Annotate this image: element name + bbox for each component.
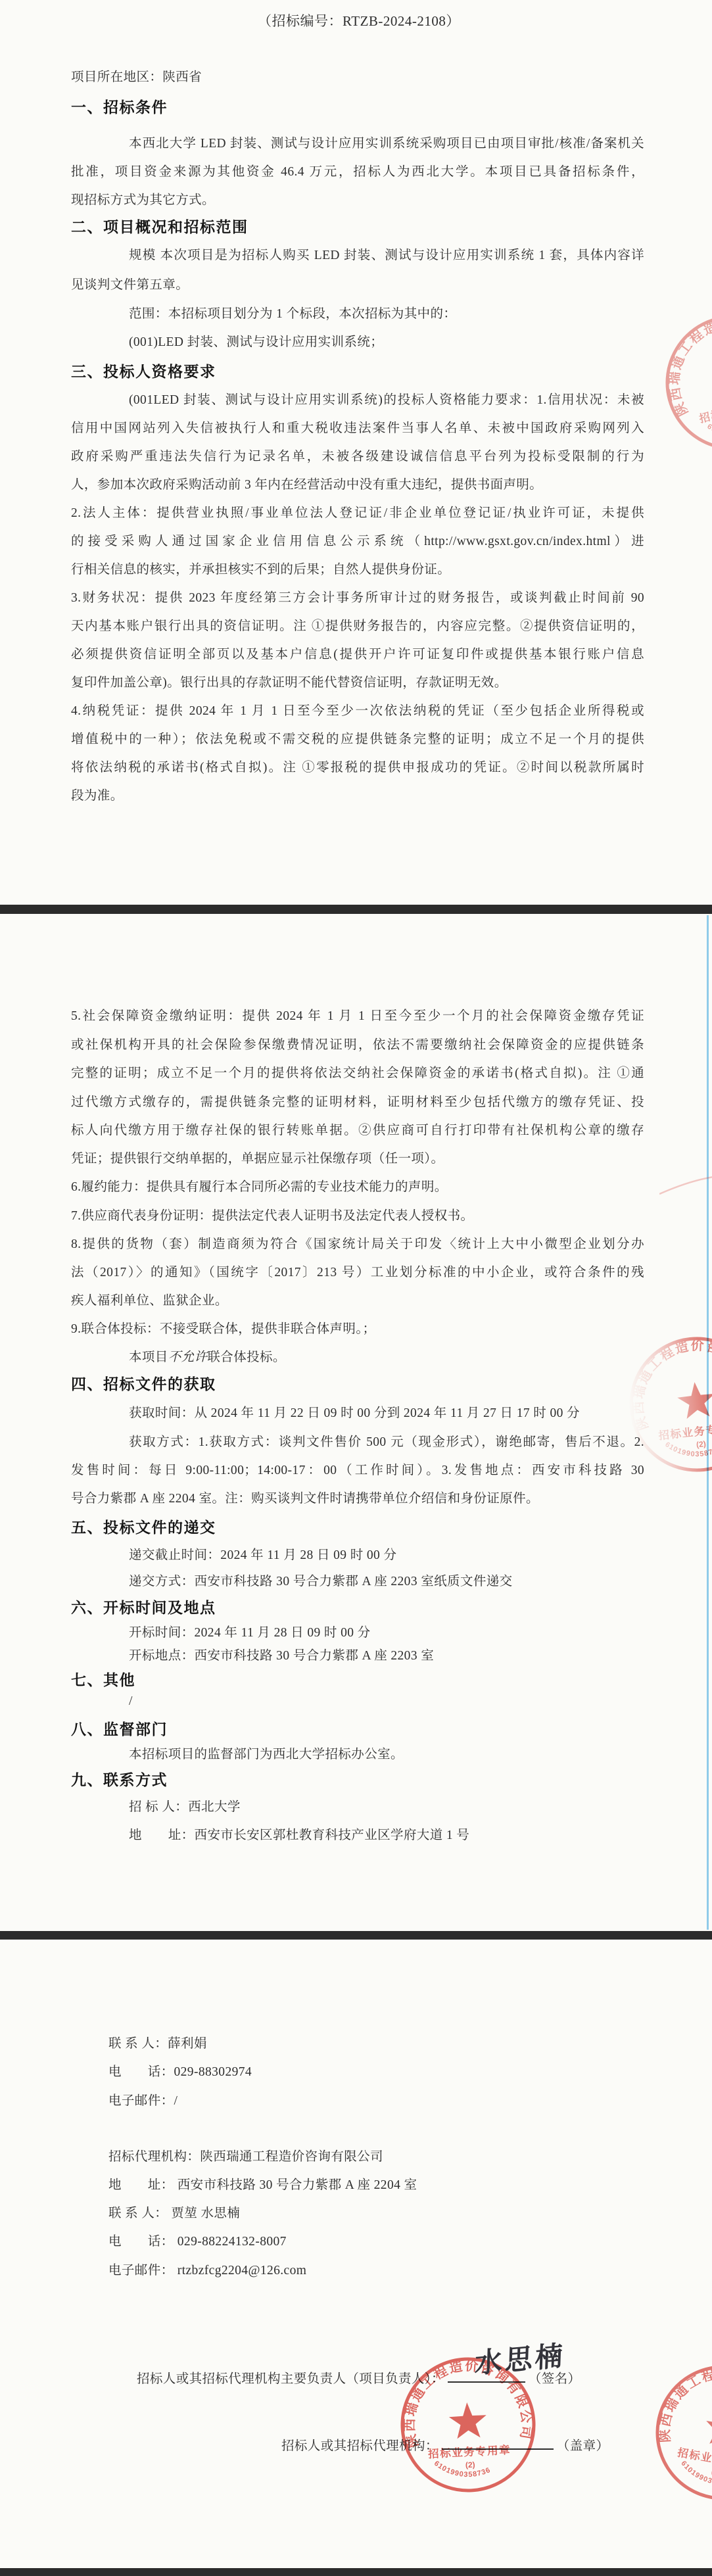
- company-seal-partial-bottom: 陕西瑞通工程造价咨询有限公司 招标业务专用章 (2) 6101990358736: [640, 2349, 712, 2517]
- text-line: 4.纳税凭证：提供 2024 年 1 月 1 日至今至少一次依法纳税的凭证（至少…: [71, 702, 644, 721]
- company-seal-partial-middle: 陕西瑞通工程造价咨询有限公司 招标业务专用章 (2) 6101990358736: [617, 1325, 712, 1484]
- text-line: 招标代理机构：陕西瑞通工程造价咨询有限公司: [108, 2148, 383, 2166]
- faint-stamp-arc: [659, 1176, 712, 1197]
- section-heading: 一、招标条件: [71, 97, 168, 117]
- text-line: 开标时间：2024 年 11 月 28 日 09 时 00 分: [129, 1624, 371, 1642]
- section-heading: 七、其他: [71, 1670, 135, 1690]
- text-line: 复印件加盖公章)。银行出具的存款证明不能代替资信证明，存款证明无效。: [71, 674, 508, 692]
- page-separator: [0, 2568, 712, 2576]
- text-line: 增值税中的一种）；依法免税或不需交税的应提供链条完整的证明；成立不足一个月的提供: [71, 730, 644, 749]
- text-line: 招 标 人：西北大学: [129, 1798, 241, 1817]
- section-heading: 九、联系方式: [71, 1770, 168, 1790]
- text-line: 本项目不允许联合体投标。: [129, 1348, 286, 1367]
- text-line: 2.法人主体：提供营业执照/事业单位法人登记证/非企业单位登记证/执业许可证，未…: [71, 504, 644, 523]
- svg-text:(2): (2): [696, 1439, 706, 1449]
- text-line: 号合力紫郡 A 座 2204 室。注：购买谈判文件时请携带单位介绍信和身份证原件…: [71, 1490, 539, 1508]
- section-heading: 三、投标人资格要求: [71, 362, 216, 381]
- text-line: 电 话：029-88302974: [108, 2063, 252, 2082]
- svg-text:6101990358736: 6101990358736: [432, 2456, 492, 2480]
- text-line: (001)LED 封装、测试与设计应用实训系统；: [129, 333, 383, 352]
- text-line: 本招标项目的监督部门为西北大学招标办公室。: [129, 1746, 404, 1764]
- text-line: 疾人福利单位、监狱企业。: [71, 1292, 228, 1310]
- text-line: 地 址： 西安市科技路 30 号合力紫郡 A 座 2204 室: [108, 2176, 417, 2195]
- text-line: 6.履约能力：提供具有履行本合同所必需的专业技术能力的声明。: [71, 1178, 448, 1197]
- text-line: 批准，项目资金来源为其他资金 46.4 万元，招标人为西北大学。本项目已具备招标…: [71, 163, 644, 181]
- text-line: 5.社会保障资金缴纳证明：提供 2024 年 1 月 1 日至今至少一个月的社会…: [71, 1007, 644, 1026]
- text-line: 必须提供资信证明全部页以及基本户信息(提供开户许可证复印件或提供基本银行账户信息: [71, 646, 644, 664]
- text-line: 法（2017）〉的通知》（国统字〔2017〕213 号）工业划分标准的中小企业，…: [71, 1264, 644, 1282]
- text-line: 天内基本账户银行出具的资信证明。注 ①提供财务报告的，内容应完整。②提供资信证明…: [71, 617, 644, 636]
- company-seal-partial-top: 陕西瑞通工程造价咨询有限公司 招标业务专用章 (2) 6101990358736: [646, 295, 712, 471]
- text-line: 8.提供的货物（套）制造商须为符合《国家统计局关于印发〈统计上大中小微型企业划分…: [71, 1235, 644, 1254]
- text-line: 9.联合体投标：不接受联合体，提供非联合体声明。；: [71, 1320, 375, 1339]
- text-line: 或社保机构开具的社会保险参保缴费情况证明，依法不需要缴纳社会保障资金的应提供链条: [71, 1036, 644, 1055]
- svg-text:招标业务专用章: 招标业务专用章: [427, 2443, 511, 2461]
- text-line: 项目所在地区：陕西省: [71, 68, 202, 87]
- svg-text:(2): (2): [465, 2460, 475, 2470]
- text-line: 递交方式：西安市科技路 30 号合力紫郡 A 座 2203 室纸质文件递交: [129, 1573, 513, 1591]
- text-line: 信用中国网站列入失信被执行人和重大税收违法案件当事人名单、未被中国政府采购网列入: [71, 419, 644, 438]
- text-line: 范围：本招标项目划分为 1 个标段，本次招标为其中的：: [129, 305, 456, 323]
- text-line: /: [129, 1692, 133, 1711]
- text-line: 联 系 人：薛利娟: [108, 2035, 207, 2053]
- text-line: 将依法纳税的承诺书(格式自拟)。注 ①零报税的提供申报成功的凭证。②时间以税款所…: [71, 759, 644, 777]
- section-heading: 五、投标文件的递交: [71, 1517, 216, 1537]
- text-line: 联 系 人： 贾堃 水思楠: [108, 2205, 240, 2223]
- tender-number: （招标编号：RTZB-2024-2108）: [258, 11, 460, 30]
- text-line: 人，参加本次政府采购活动前 3 年内在经营活动中没有重大违纪，提供书面声明。: [71, 476, 542, 494]
- text-line: 标人向代缴方用于缴存社保的银行转账单据。②供应商可自行打印带有社保机构公章的缴存: [71, 1122, 644, 1140]
- text-line: 行相关信息的核实，并承担核实不到的后果；自然人提供身份证。: [71, 561, 450, 579]
- text-line: 电子邮件：/: [108, 2092, 178, 2111]
- text-line: 电 话： 029-88224132-8007: [108, 2233, 287, 2251]
- svg-text:陕西瑞通工程造价咨询有限公司: 陕西瑞通工程造价咨询有限公司: [652, 301, 712, 419]
- text-line: 规模 本次项目是为招标人购买 LED 封装、测试与设计应用实训系统 1 套，具体…: [129, 247, 644, 265]
- section-heading: 四、招标文件的获取: [71, 1374, 216, 1394]
- text-line: 的接受采购人通过国家企业信用信息公示系统（http://www.gsxt.gov…: [71, 533, 644, 551]
- text-line: 政府采购严重违法失信行为记录名单，未被各级建设诚信信息平台列为投标受限制的行为: [71, 448, 644, 466]
- text-line: 开标地点：西安市科技路 30 号合力紫郡 A 座 2203 室: [129, 1647, 434, 1665]
- text-line: 本西北大学 LED 封装、测试与设计应用实训系统采购项目已由项目审批/核准/备案…: [129, 135, 644, 153]
- text-line: 段为准。: [71, 787, 124, 805]
- handwritten-signature: 水思楠: [474, 2334, 566, 2381]
- text-line: 地 址：西安市长安区郭杜教育科技产业区学府大道 1 号: [129, 1826, 469, 1845]
- section-heading: 二、项目概况和招标范围: [71, 217, 249, 237]
- text-line: 见谈判文件第五章。: [71, 276, 189, 295]
- page-separator: [0, 1931, 712, 1940]
- section-heading: 八、监督部门: [71, 1719, 168, 1739]
- text-line: 电子邮件： rtzbzfcg2204@126.com: [108, 2262, 306, 2280]
- scanned-tender-document: （招标编号：RTZB-2024-2108） 项目所在地区：陕西省一、招标条件本西…: [0, 0, 712, 2576]
- section-heading: 六、开标时间及地点: [71, 1598, 216, 1617]
- text-line: 递交截止时间：2024 年 11 月 28 日 09 时 00 分: [129, 1546, 396, 1565]
- text-line: (001LED 封装、测试与设计应用实训系统)的投标人资格能力要求：1.信用状况…: [129, 391, 644, 410]
- text-line: 发售时间：每日 9:00-11:00；14:00-17：00（工作时间）。3.发…: [71, 1462, 644, 1480]
- text-line: 完整的证明；成立不足一个月的提供将依法交纳社会保障资金的承诺书(格式自拟)。注 …: [71, 1064, 644, 1083]
- text-line: 获取方式：1.获取方式：谈判文件售价 500 元（现金形式），谢绝邮寄，售后不退…: [129, 1433, 644, 1452]
- text-line: 现招标方式为其它方式。: [71, 191, 215, 210]
- text-line: 过代缴方式缴存的，需提供链条完整的证明材料，证明材料至少包括代缴方的缴存凭证、投: [71, 1093, 644, 1112]
- text-line: 获取时间：从 2024 年 11 月 22 日 09 时 00 分到 2024 …: [129, 1404, 580, 1423]
- page-separator: [0, 905, 712, 914]
- svg-text:陕西瑞通工程造价咨询有限公司: 陕西瑞通工程造价咨询有限公司: [624, 1331, 712, 1433]
- svg-text:招标业务专用章: 招标业务专用章: [697, 393, 712, 425]
- text-line: 3.财务状况：提供 2023 年度经第三方会计事务所审计过的财务报告，或谈判截止…: [71, 589, 644, 608]
- text-line: 凭证；提供银行交纳单据的，单据应显示社保缴存项（任一项）。: [71, 1150, 444, 1168]
- text-line: 7.供应商代表身份证明：提供法定代表人证明书及法定代表人授权书。: [71, 1207, 473, 1226]
